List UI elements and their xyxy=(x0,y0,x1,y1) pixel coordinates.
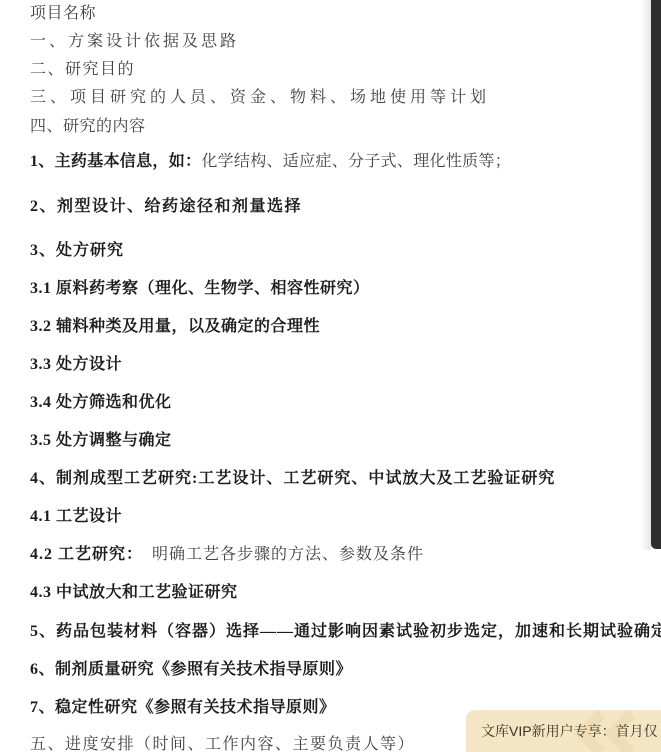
document-line: 五、进度安排（时间、工作内容、主要负责人等） xyxy=(30,736,415,752)
scrollbar-thumb[interactable] xyxy=(651,0,661,549)
document-line: 四、研究的内容 xyxy=(30,118,146,136)
vip-promo-text: 文库VIP新用户专享：首月仅 xyxy=(481,710,658,752)
document-line: 3.4 处方筛选和优化 xyxy=(30,394,172,412)
document-line: 3.2 辅料种类及用量，以及确定的合理性 xyxy=(30,318,320,336)
document-line: 5、药品包装材料（容器）选择——通过影响因素试验初步选定，加速和长期试验确定 xyxy=(30,623,661,641)
document-line: 4.3 中试放大和工艺验证研究 xyxy=(30,584,238,602)
document-line: 4.1 工艺设计 xyxy=(30,508,122,526)
document-line: 3.1 原料药考察（理化、生物学、相容性研究） xyxy=(30,280,370,298)
document-line: 三、项目研究的人员、资金、物料、场地使用等计划 xyxy=(30,89,490,107)
document-line: 7、稳定性研究《参照有关技术指导原则》 xyxy=(30,699,336,717)
document-line: 4、制剂成型工艺研究:工艺设计、工艺研究、中试放大及工艺验证研究 xyxy=(30,470,555,488)
vip-promo-banner[interactable]: 文库VIP新用户专享：首月仅 xyxy=(466,710,661,752)
document-line: 3.3 处方设计 xyxy=(30,356,122,374)
document-line: 项目名称 xyxy=(30,5,96,23)
document-line: 6、制剂质量研究《参照有关技术指导原则》 xyxy=(30,661,352,679)
document-line: 3.5 处方调整与确定 xyxy=(30,432,172,450)
document-line: 4.2 工艺研究： 明确工艺各步骤的方法、参数及条件 xyxy=(30,546,424,564)
document-viewer: 项目名称一、方案设计依据及思路二、研究目的三、项目研究的人员、资金、物料、场地使… xyxy=(0,0,661,752)
document-line: 一、方案设计依据及思路 xyxy=(30,33,239,51)
document-line: 3、处方研究 xyxy=(30,242,124,260)
document-line: 2、剂型设计、给药途径和剂量选择 xyxy=(30,198,302,216)
document-line: 1、主药基本信息，如：化学结构、适应症、分子式、理化性质等； xyxy=(30,153,511,171)
document-line: 二、研究目的 xyxy=(30,61,135,79)
document-content: 项目名称一、方案设计依据及思路二、研究目的三、项目研究的人员、资金、物料、场地使… xyxy=(0,0,661,752)
